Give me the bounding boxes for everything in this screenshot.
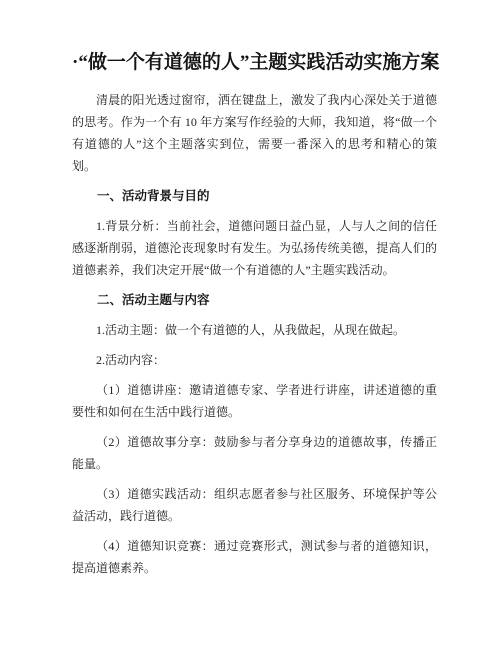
intro-paragraph: 清晨的阳光透过窗帘，洒在键盘上，激发了我内心深处关于道德的思考。作为一个有 10…: [72, 89, 437, 177]
section-2-item-practice-activity: （3）道德实践活动：组织志愿者参与社区服务、环境保护等公益活动，践行道德。: [72, 483, 437, 527]
section-2-paragraph-theme: 1.活动主题：做一个有道德的人，从我做起，从现在做起。: [72, 319, 437, 341]
section-2-item-lecture: （1）道德讲座：邀请道德专家、学者进行讲座，讲述道德的重要性和如何在生活中践行道…: [72, 379, 437, 423]
section-1-heading: 一、活动背景与目的: [72, 185, 437, 207]
section-2-item-story-sharing: （2）道德故事分享：鼓励参与者分享身边的道德故事，传播正能量。: [72, 431, 437, 475]
section-2-item-knowledge-contest: （4）道德知识竞赛：通过竞赛形式，测试参与者的道德知识，提高道德素养。: [72, 535, 437, 579]
section-2-heading: 二、活动主题与内容: [72, 289, 437, 311]
document-page: ·“做一个有道德的人”主题实践活动实施方案 清晨的阳光透过窗帘，洒在键盘上，激发…: [0, 0, 500, 647]
document-title: ·“做一个有道德的人”主题实践活动实施方案: [72, 49, 437, 76]
section-1-paragraph-background: 1.背景分析：当前社会，道德问题日益凸显，人与人之间的信任感逐渐削弱，道德沦丧现…: [72, 215, 437, 281]
section-2-paragraph-content-label: 2.活动内容：: [72, 349, 437, 371]
